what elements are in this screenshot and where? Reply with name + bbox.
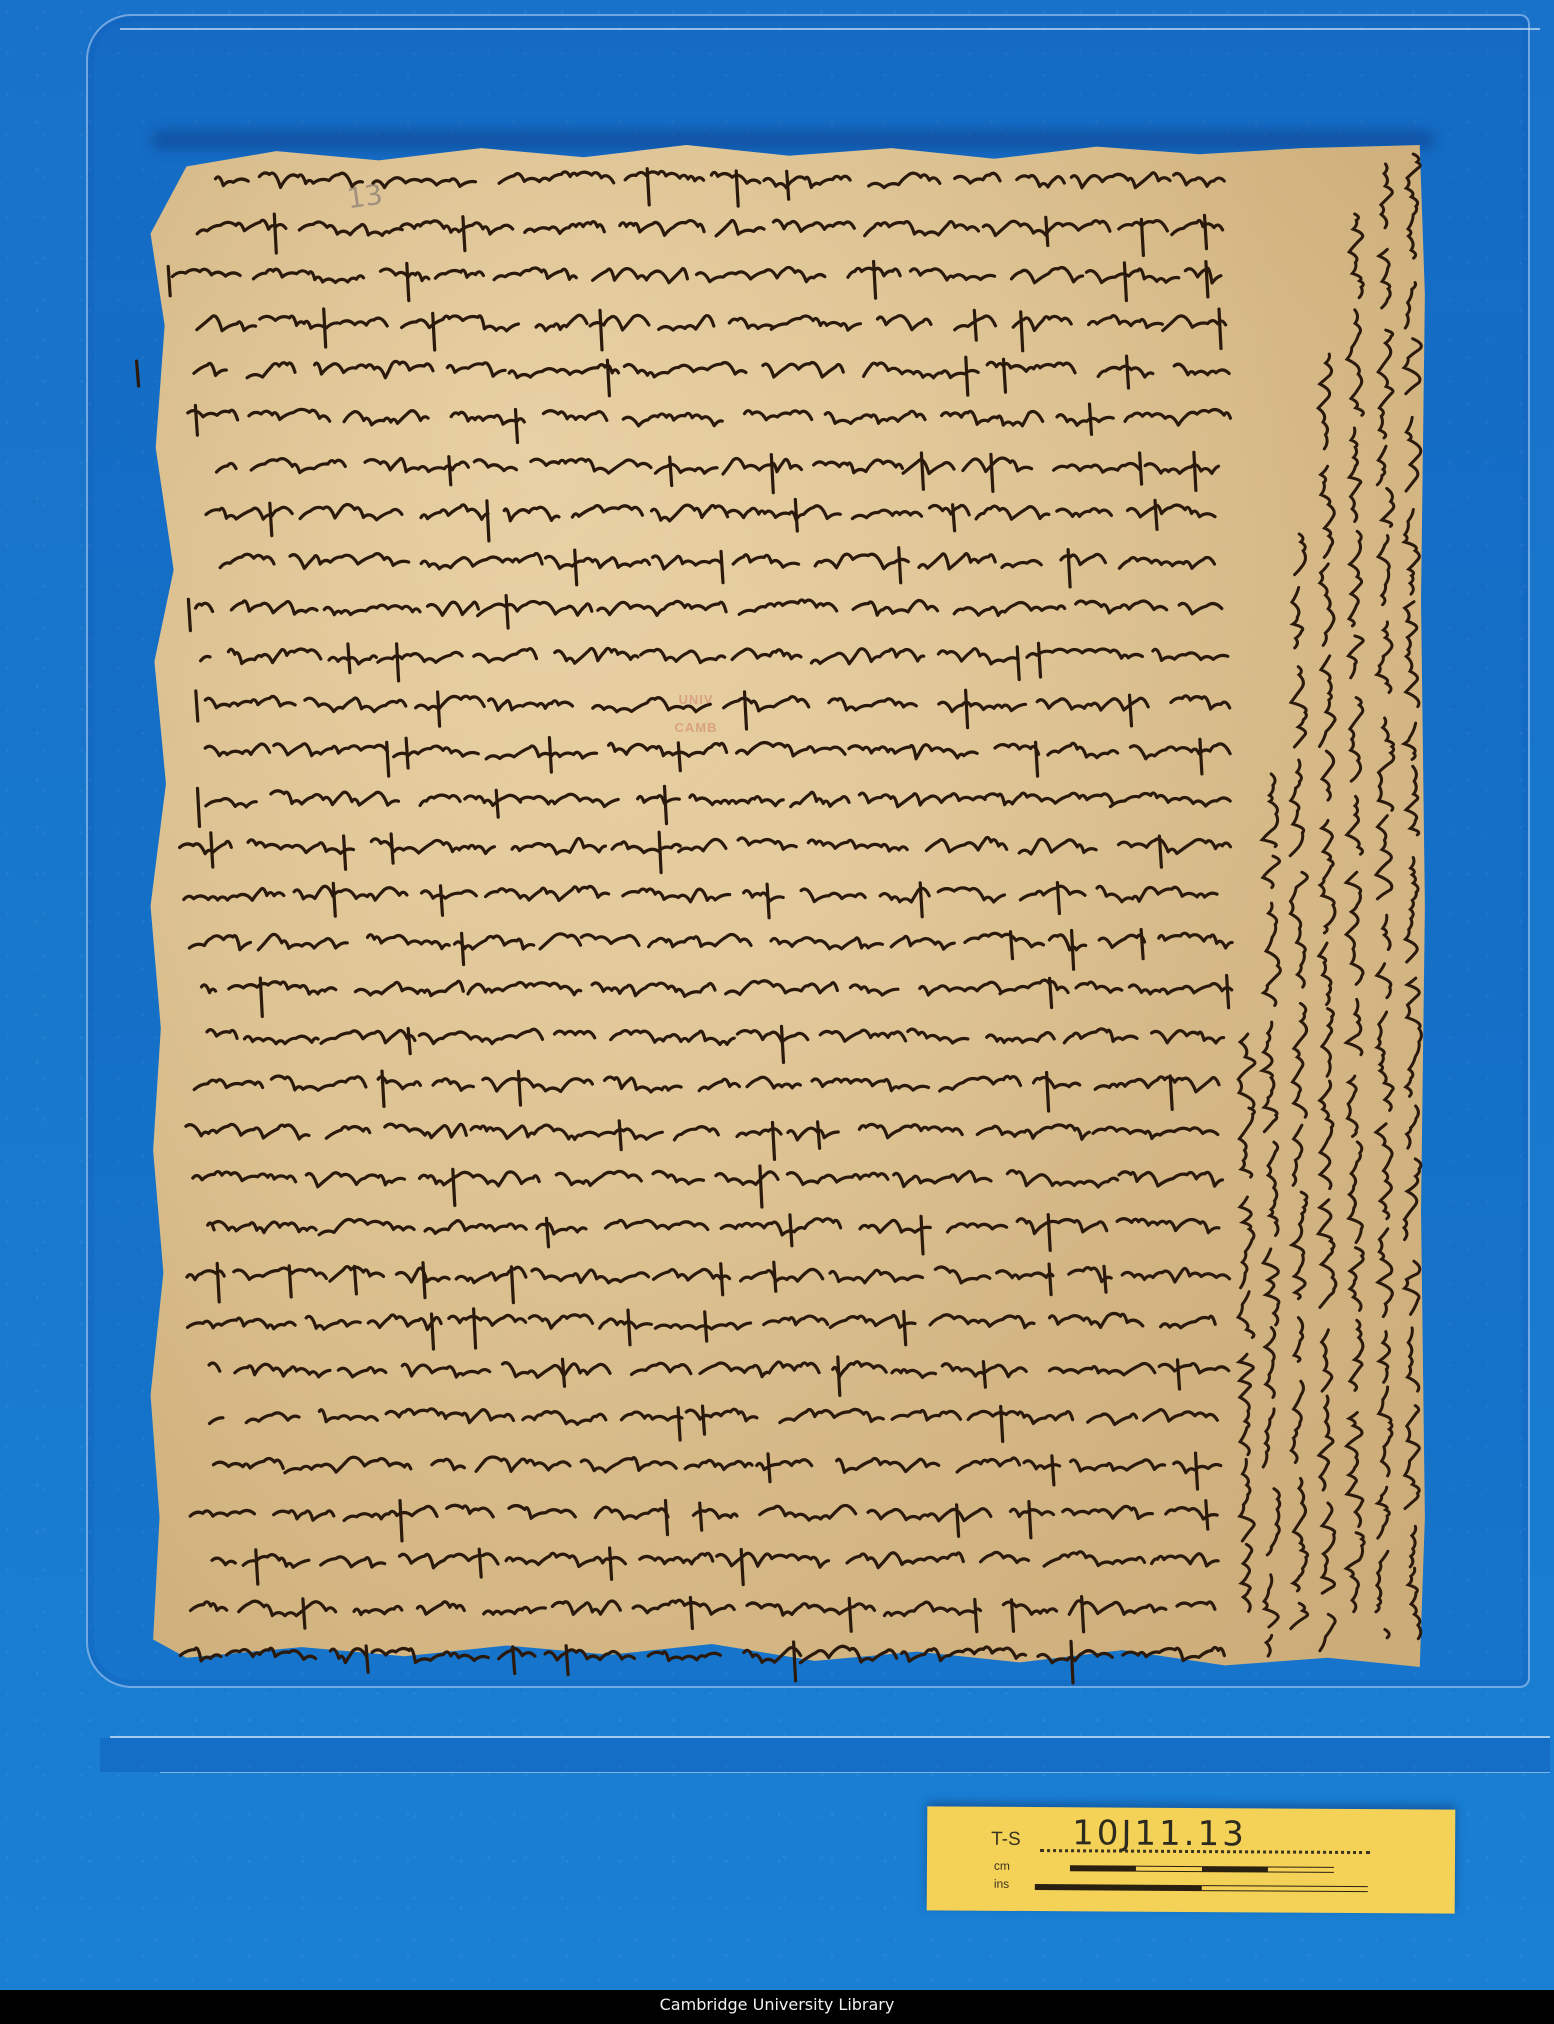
- margin-handwritten-column: [1374, 160, 1396, 1640]
- margin-handwritten-column: [1236, 1030, 1258, 1630]
- handwritten-line: [180, 1009, 1240, 1057]
- handwritten-line: [180, 676, 1240, 724]
- handwritten-line: [180, 1199, 1240, 1247]
- margin-handwritten-column: [1316, 350, 1338, 1650]
- handwritten-line: [180, 1580, 1240, 1628]
- margin-text-block: [1230, 150, 1430, 1650]
- handwritten-line: [180, 485, 1240, 533]
- handwritten-line: [180, 438, 1240, 486]
- handwritten-line: [180, 771, 1240, 819]
- handwritten-line: [180, 914, 1240, 962]
- scale-bar-cm: [1070, 1865, 1334, 1875]
- handwritten-line: [180, 1151, 1240, 1199]
- handwritten-line: [180, 1627, 1240, 1675]
- sleeve-fold-band: [100, 1738, 1550, 1772]
- handwritten-line: [180, 1532, 1240, 1580]
- margin-handwritten-column: [1288, 530, 1310, 1630]
- sleeve-edge-bottom: [110, 1736, 1550, 1738]
- handwritten-line: [180, 1389, 1240, 1437]
- handwritten-line: [180, 580, 1240, 628]
- handwritten-line: [180, 1247, 1240, 1295]
- handwritten-line: [180, 1294, 1240, 1342]
- handwritten-line: [180, 628, 1240, 676]
- scale-bar-inches: [1035, 1884, 1368, 1894]
- shelfmark-label: T-S 10J11.13 cm ins: [927, 1806, 1456, 1913]
- handwritten-line: [180, 342, 1240, 390]
- scale-cm-label: cm: [994, 1859, 1010, 1873]
- margin-handwritten-column: [1344, 210, 1366, 1610]
- handwritten-line: [180, 1485, 1240, 1533]
- leaf-shadow: [152, 130, 1434, 150]
- handwritten-line: [180, 247, 1240, 295]
- shelfmark-number: 10J11.13: [1072, 1813, 1247, 1854]
- collection-prefix: T-S: [991, 1829, 1021, 1851]
- handwritten-line: [180, 295, 1240, 343]
- sleeve-edge-bottom-inner: [160, 1772, 1550, 1773]
- handwritten-line: [180, 390, 1240, 438]
- scale-ins-label: ins: [994, 1877, 1009, 1891]
- handwritten-line: [180, 1342, 1240, 1390]
- handwritten-line: [180, 1056, 1240, 1104]
- main-text-block: [180, 152, 1240, 1675]
- handwritten-line: [180, 152, 1240, 200]
- handwritten-line: [180, 1104, 1240, 1152]
- handwritten-line: [180, 533, 1240, 581]
- handwritten-line: [180, 1437, 1240, 1485]
- handwritten-line: [180, 200, 1240, 248]
- margin-handwritten-column: [1260, 770, 1282, 1650]
- handwritten-line: [180, 723, 1240, 771]
- footer-credit: Cambridge University Library: [0, 1990, 1554, 2024]
- margin-handwritten-column: [1402, 150, 1424, 1640]
- handwritten-line: [180, 866, 1240, 914]
- sleeve-edge-top: [120, 28, 1540, 30]
- handwritten-line: [180, 961, 1240, 1009]
- handwritten-line: [180, 818, 1240, 866]
